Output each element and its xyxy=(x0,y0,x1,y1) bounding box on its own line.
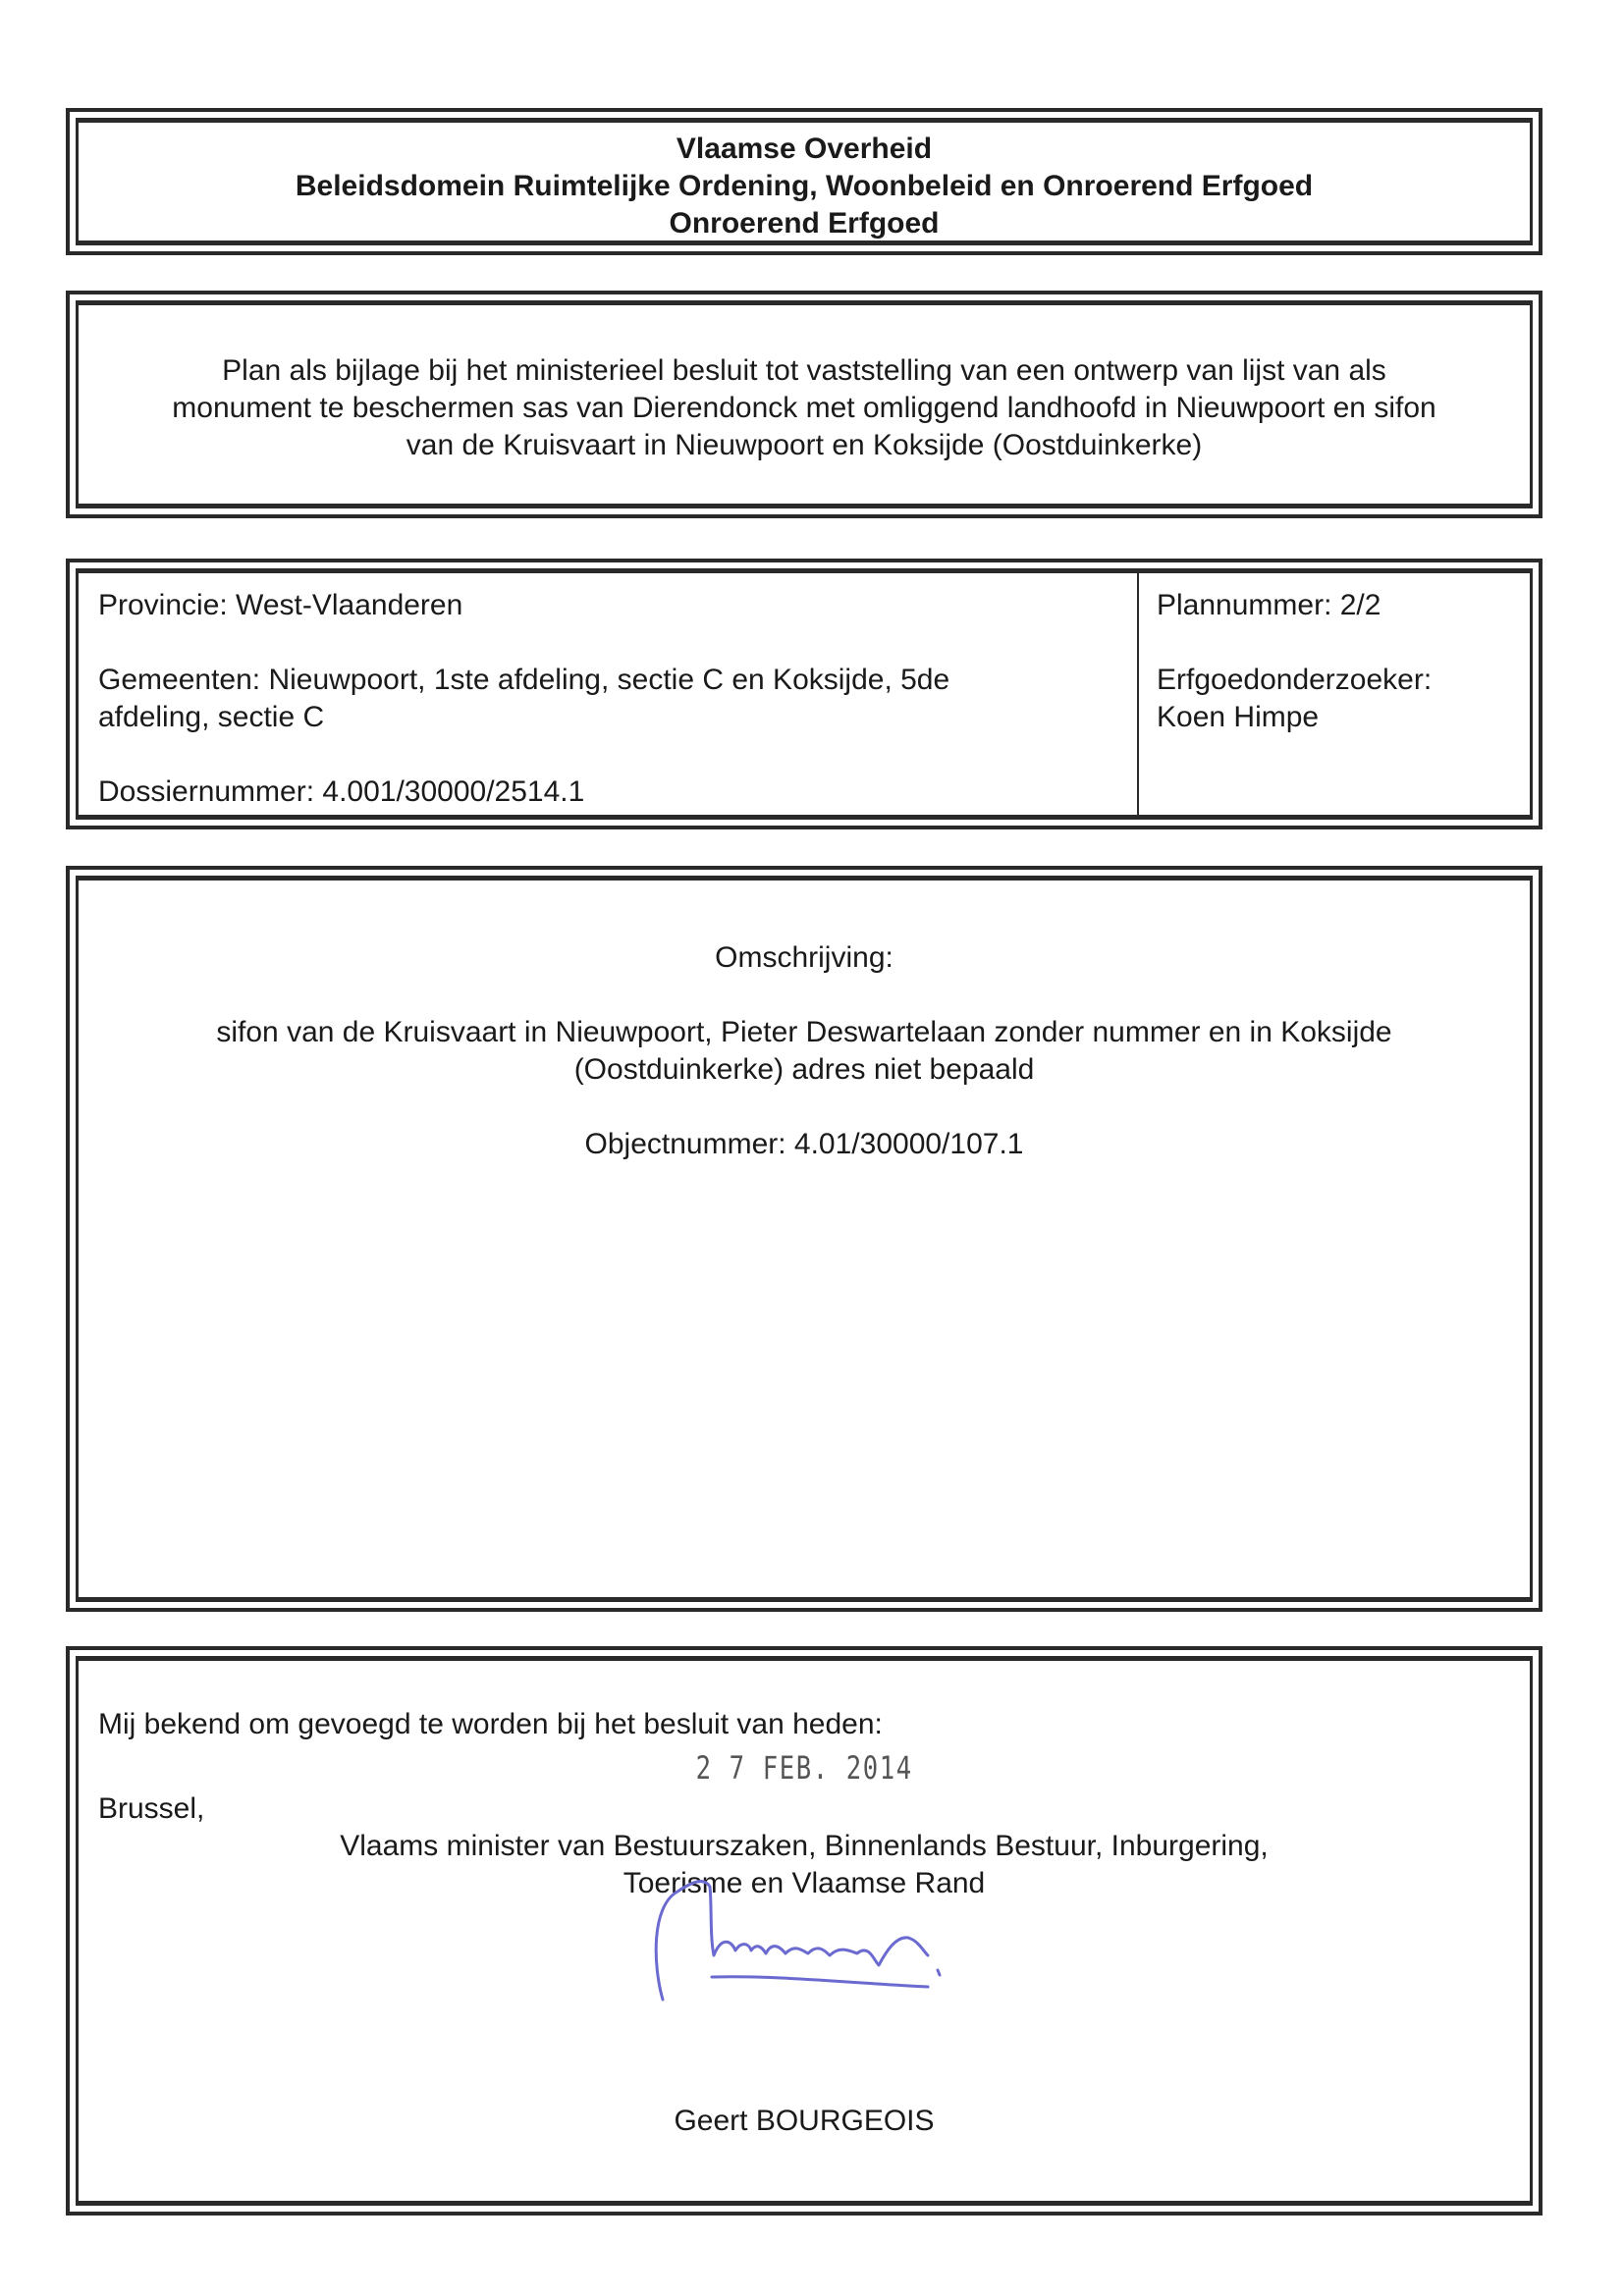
plan-title-line: van de Kruisvaart in Nieuwpoort en Koksi… xyxy=(79,427,1530,464)
description-text: sifon van de Kruisvaart in Nieuwpoort, P… xyxy=(79,1014,1530,1051)
place: Brussel, xyxy=(79,1790,1530,1828)
plan-title-line: monument te beschermen sas van Dierendon… xyxy=(79,390,1530,427)
dossiernummer: Dossiernummer: 4.001/30000/2514.1 xyxy=(98,774,1137,811)
provincie: Provincie: West-Vlaanderen xyxy=(98,587,1137,624)
erfgoedonderzoeker-name: Koen Himpe xyxy=(1157,699,1530,736)
gemeenten: Gemeenten: Nieuwpoort, 1ste afdeling, se… xyxy=(98,662,1137,699)
erfgoedonderzoeker-label: Erfgoedonderzoeker: xyxy=(1157,662,1530,699)
plan-meta-cell: Plannummer: 2/2 Erfgoedonderzoeker: Koen… xyxy=(1139,573,1530,815)
description-label: Omschrijving: xyxy=(79,939,1530,977)
signatory-name: Geert BOURGEOIS xyxy=(79,2103,1530,2140)
plannummer: Plannummer: 2/2 xyxy=(1157,587,1530,624)
handwritten-signature-icon xyxy=(633,1867,1046,2004)
description-text: (Oostduinkerke) adres niet bepaald xyxy=(79,1051,1530,1089)
authority-header-box: Vlaamse Overheid Beleidsdomein Ruimtelij… xyxy=(66,108,1543,255)
plan-title-line: Plan als bijlage bij het ministerieel be… xyxy=(79,352,1530,390)
gemeenten-cont: afdeling, sectie C xyxy=(98,699,1137,736)
description-box: Omschrijving: sifon van de Kruisvaart in… xyxy=(66,866,1543,1612)
agency-name: Onroerend Erfgoed xyxy=(79,205,1530,242)
location-cell: Provincie: West-Vlaanderen Gemeenten: Ni… xyxy=(79,573,1139,815)
minister-role: Vlaams minister van Bestuurszaken, Binne… xyxy=(79,1828,1530,1865)
plan-info-box: Provincie: West-Vlaanderen Gemeenten: Ni… xyxy=(66,559,1543,829)
policy-domain: Beleidsdomein Ruimtelijke Ordening, Woon… xyxy=(79,168,1530,205)
date-stamp: 2 7 FEB. 2014 xyxy=(695,1749,912,1787)
objectnummer: Objectnummer: 4.01/30000/107.1 xyxy=(79,1126,1530,1163)
plan-title-box: Plan als bijlage bij het ministerieel be… xyxy=(66,291,1543,518)
approval-intro: Mij bekend om gevoegd te worden bij het … xyxy=(79,1706,1530,1743)
authority-name: Vlaamse Overheid xyxy=(79,131,1530,168)
signature-box: Mij bekend om gevoegd te worden bij het … xyxy=(66,1646,1543,2216)
